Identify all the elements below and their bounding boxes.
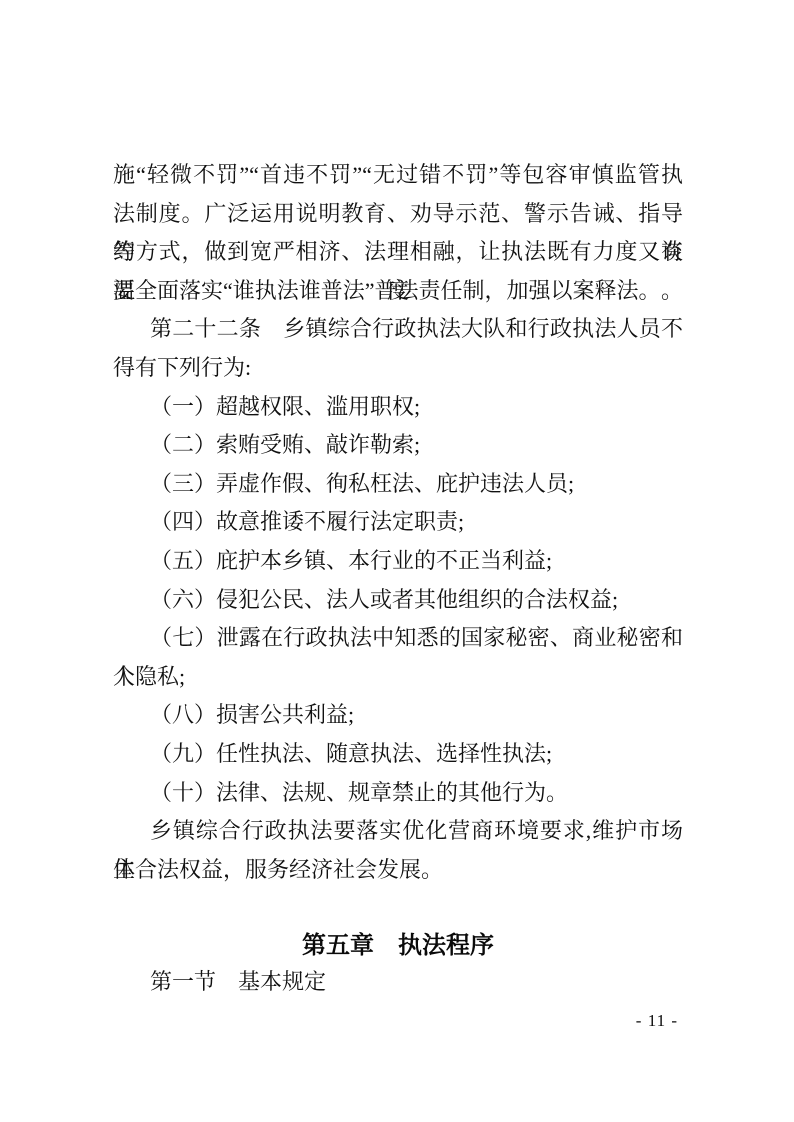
body-text-line: （一）超越权限、滥用职权; (113, 388, 683, 427)
body-text-line: （七）泄露在行政执法中知悉的国家秘密、商业秘密和个 (113, 619, 683, 658)
body-text-line: （三）弄虚作假、徇私枉法、庇护违法人员; (113, 465, 683, 504)
body-text-line: （五）庇护本乡镇、本行业的不正当利益; (113, 542, 683, 581)
body-text-line: （四）故意推诿不履行法定职责; (113, 503, 683, 542)
document-body: 施“轻微不罚”“首违不罚”“无过错不罚”等包容审慎监管执 法制度。广泛运用说明教… (113, 156, 683, 889)
body-text-line: 要全面落实“谁执法谁普法”普法责任制，加强以案释法。 (113, 272, 683, 311)
section-heading: 第一节 基本规定 (113, 962, 683, 1002)
body-text-line: 得有下列行为: (113, 349, 683, 388)
body-text-line: 人隐私; (113, 658, 683, 697)
document-page: 施“轻微不罚”“首违不罚”“无过错不罚”等包容审慎监管执 法制度。广泛运用说明教… (0, 0, 794, 1122)
body-text-line: （九）任性执法、随意执法、选择性执法; (113, 735, 683, 774)
body-text-line: 第二十二条 乡镇综合行政执法大队和行政执法人员不 (113, 310, 683, 349)
body-text-line: 法制度。广泛运用说明教育、劝导示范、警示告诫、指导约谈 (113, 195, 683, 234)
body-text-line: 等方式，做到宽严相济、法理相融，让执法既有力度又有温度。 (113, 233, 683, 272)
body-text-line: 乡镇综合行政执法要落实优化营商环境要求,维护市场主 (113, 812, 683, 851)
body-text-line: （八）损害公共利益; (113, 696, 683, 735)
body-text-line: （二）索贿受贿、敲诈勒索; (113, 426, 683, 465)
body-text-line: 施“轻微不罚”“首违不罚”“无过错不罚”等包容审慎监管执 (113, 156, 683, 195)
body-text-line: （十）法律、法规、规章禁止的其他行为。 (113, 774, 683, 813)
body-text-line: 体合法权益，服务经济社会发展。 (113, 851, 683, 890)
body-text-line: （六）侵犯公民、法人或者其他组织的合法权益; (113, 581, 683, 620)
page-number: - 11 - (113, 1006, 678, 1036)
